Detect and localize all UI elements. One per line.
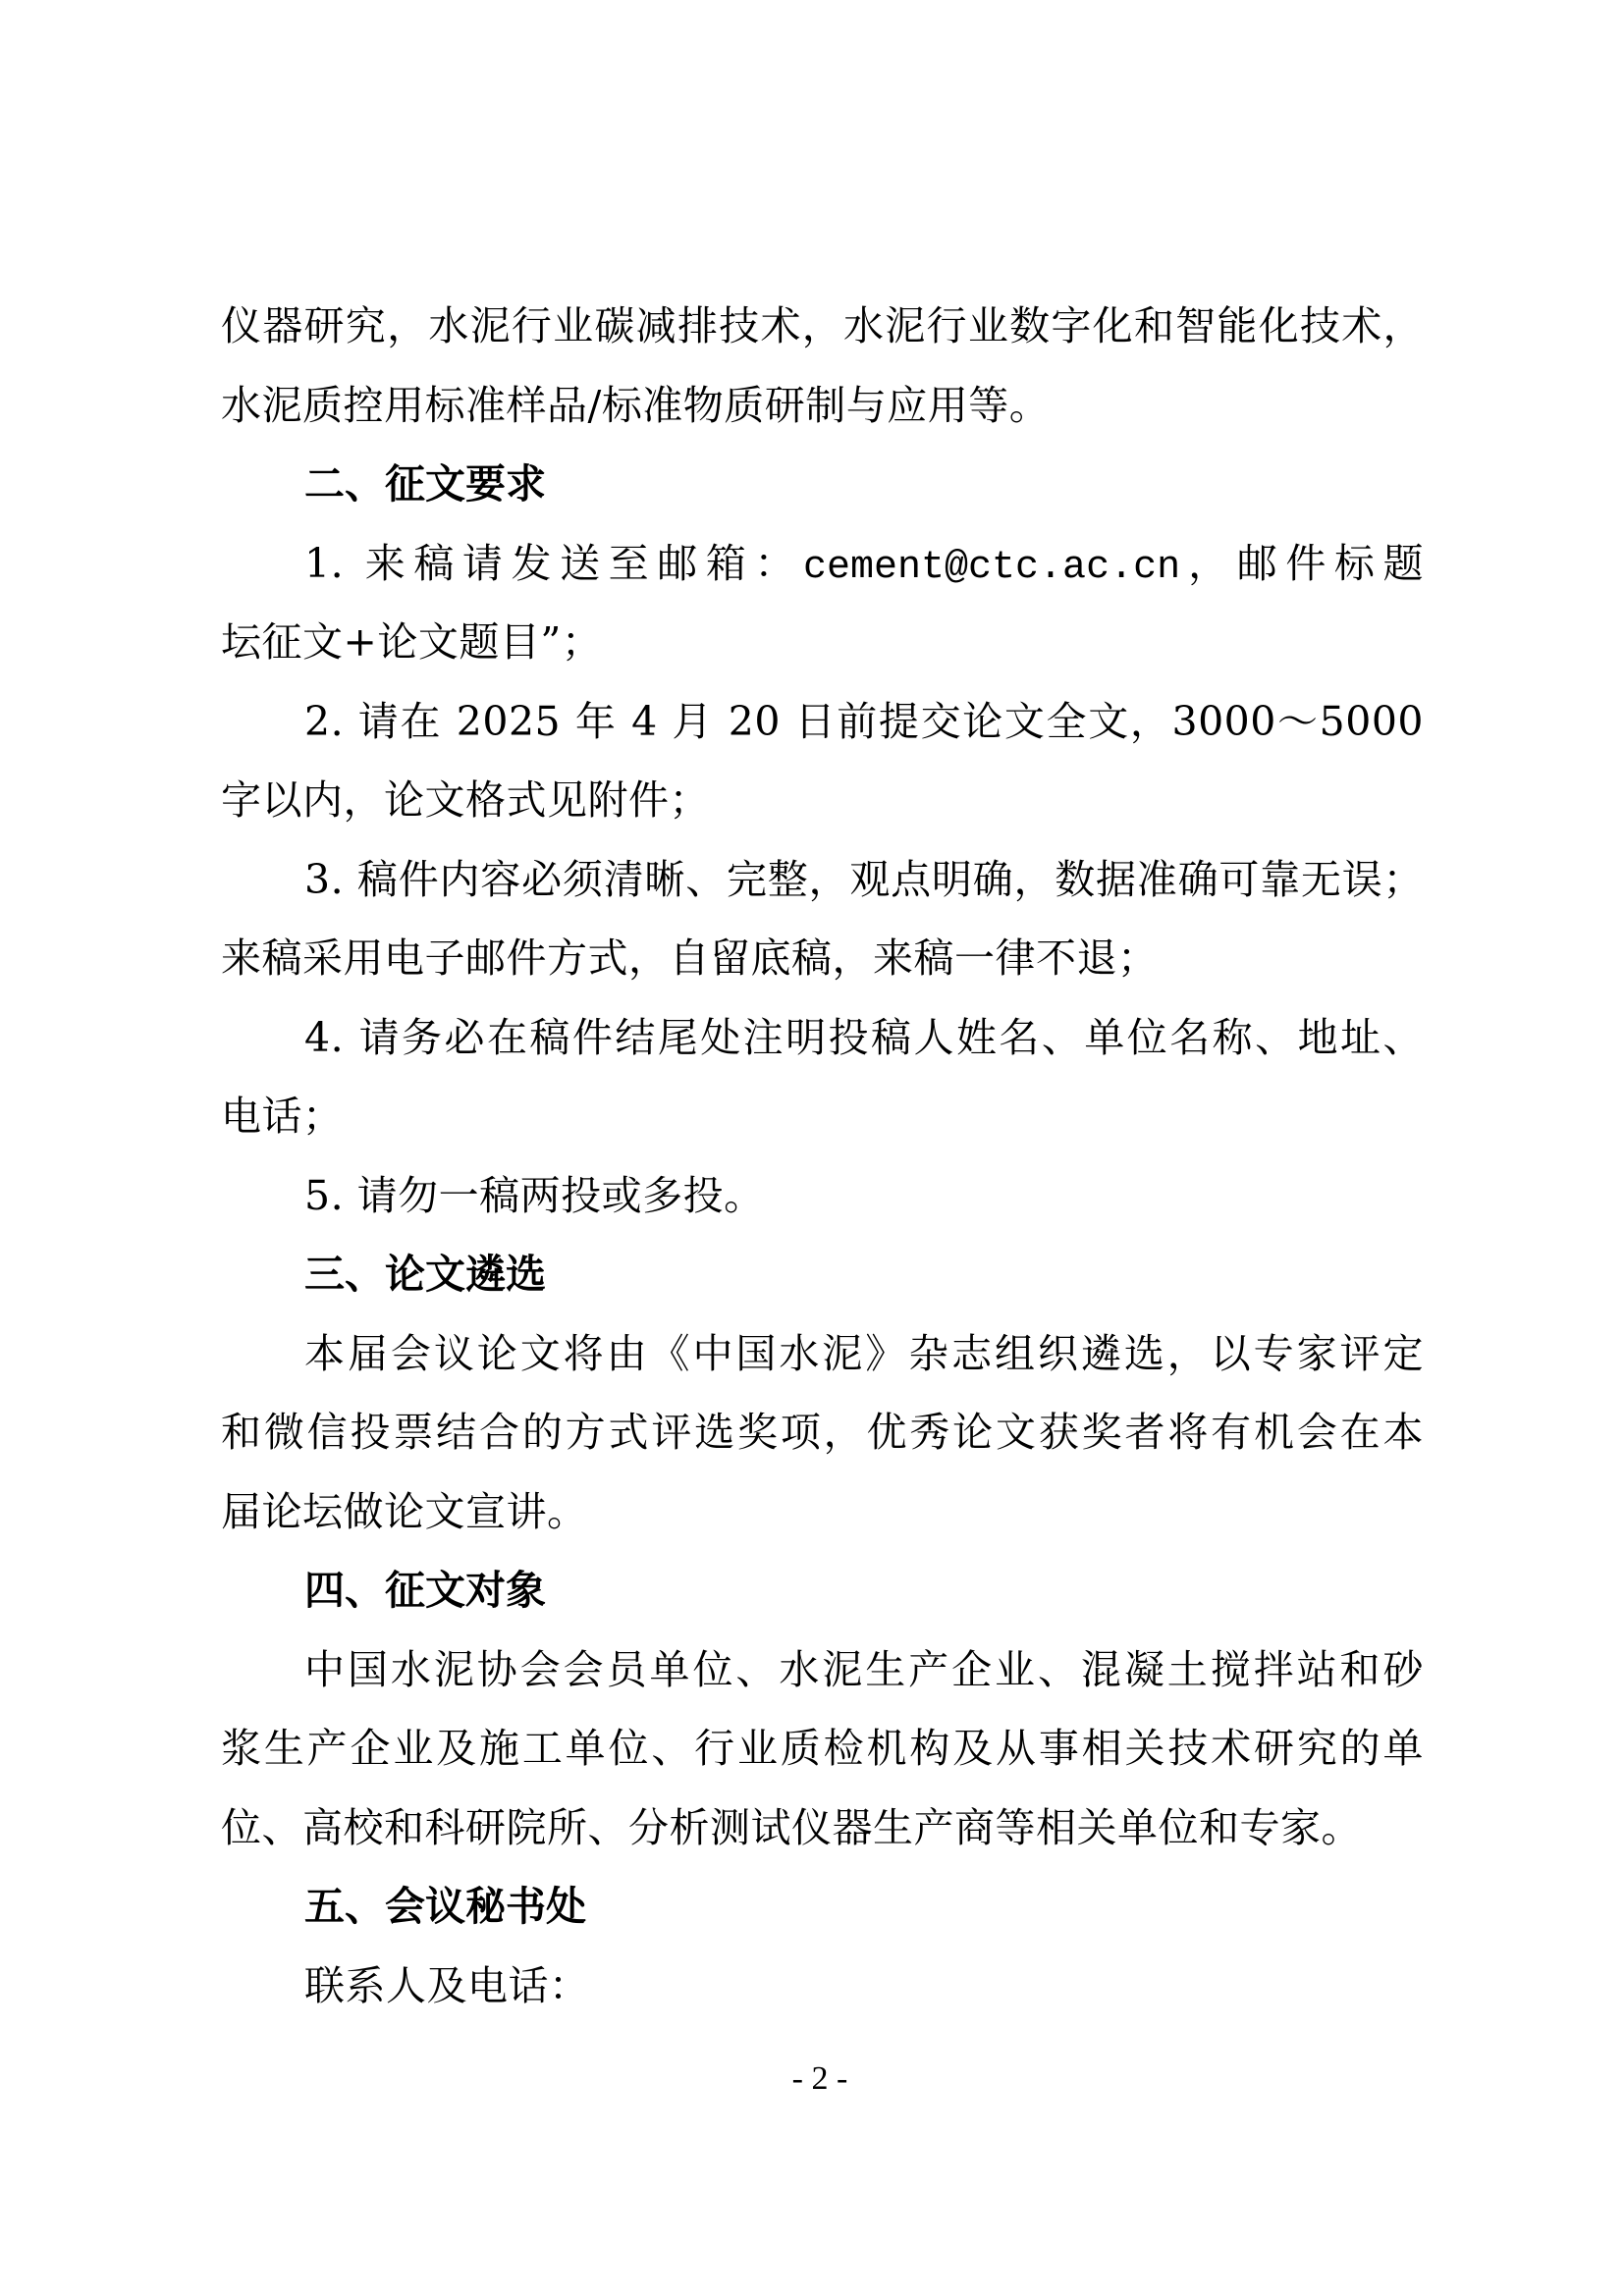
paragraph-line: 本届会议论文将由《中国水泥》杂志组织遴选，以专家评定 <box>221 1314 1424 1394</box>
document-page: 仪器研究，水泥行业碳减排技术，水泥行业数字化和智能化技术， 水泥质控用标准样品/… <box>0 0 1624 2296</box>
paragraph-line: 届论坛做论文宣讲。 <box>221 1472 1424 1552</box>
section-heading-secretariat: 五、会议秘书处 <box>221 1867 1424 1947</box>
section-heading-requirements: 二、征文要求 <box>221 445 1424 524</box>
requirement-item-1-text: 1. 来稿请发送至邮箱： <box>304 540 803 587</box>
page-number: - 2 - <box>0 2057 1624 2101</box>
paragraph-line: 浆生产企业及施工单位、行业质检机构及从事相关技术研究的单 <box>221 1709 1424 1789</box>
paragraph-line: 电话； <box>221 1077 1424 1156</box>
paragraph-line: 水泥质控用标准样品/标准物质研制与应用等。 <box>221 366 1424 446</box>
requirement-item-3: 3. 稿件内容必须清晰、完整，观点明确，数据准确可靠无误； <box>221 840 1424 920</box>
requirement-item-5: 5. 请勿一稿两投或多投。 <box>221 1156 1424 1236</box>
requirement-item-1: 1. 来稿请发送至邮箱：cement@ctc.ac.cn，邮件标题为：“论 <box>221 524 1424 604</box>
paragraph-line: 位、高校和科研院所、分析测试仪器生产商等相关单位和专家。 <box>221 1789 1424 1868</box>
paragraph-line: 中国水泥协会会员单位、水泥生产企业、混凝土搅拌站和砂 <box>221 1630 1424 1710</box>
section-heading-audience: 四、征文对象 <box>221 1551 1424 1630</box>
paragraph-line: 仪器研究，水泥行业碳减排技术，水泥行业数字化和智能化技术， <box>221 287 1424 366</box>
document-body: 仪器研究，水泥行业碳减排技术，水泥行业数字化和智能化技术， 水泥质控用标准样品/… <box>221 287 1424 2025</box>
paragraph-line: 坛征文+论文题目”； <box>221 603 1424 682</box>
requirement-item-2: 2. 请在 2025 年 4 月 20 日前提交论文全文，3000～5000 <box>221 682 1424 762</box>
email-link[interactable]: cement@ctc.ac.cn <box>803 546 1180 590</box>
contact-label: 联系人及电话： <box>221 1947 1424 2026</box>
paragraph-line: 来稿采用电子邮件方式，自留底稿，来稿一律不退； <box>221 919 1424 998</box>
paragraph-line: 字以内，论文格式见附件； <box>221 761 1424 840</box>
paragraph-line: 和微信投票结合的方式评选奖项，优秀论文获奖者将有机会在本 <box>221 1393 1424 1472</box>
section-heading-selection: 三、论文遴选 <box>221 1235 1424 1314</box>
requirement-item-4: 4. 请务必在稿件结尾处注明投稿人姓名、单位名称、地址、 <box>221 998 1424 1078</box>
